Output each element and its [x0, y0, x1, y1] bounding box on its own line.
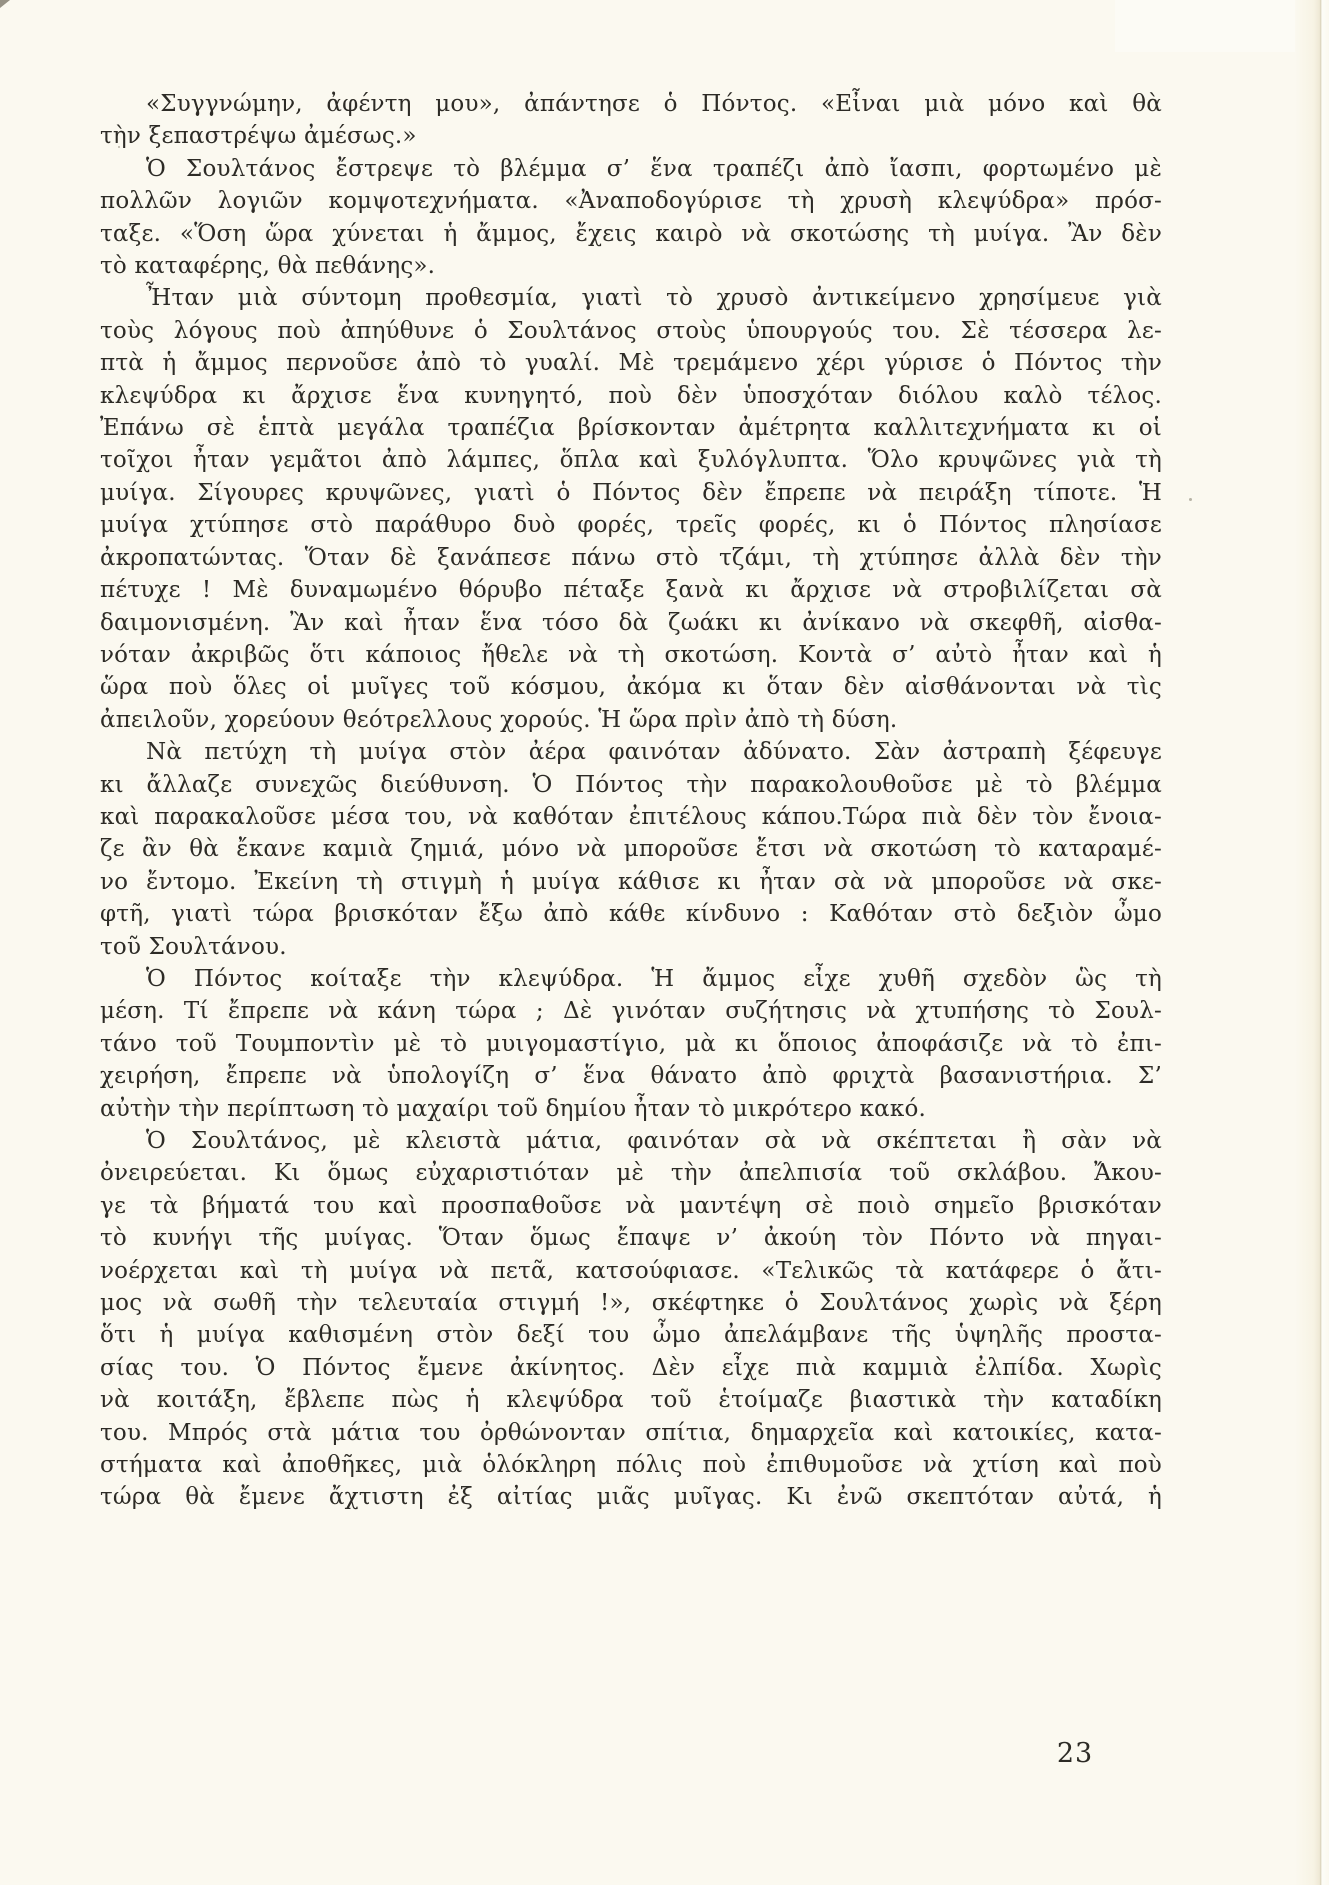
- text-line: πτὰ ἡ ἄμμος περνοῦσε ἀπὸ τὸ γυαλί. Μὲ τρ…: [100, 347, 1162, 379]
- text-line: Ἦταν μιὰ σύντομη προθεσμία, γιατὶ τὸ χρυ…: [100, 282, 1162, 314]
- text-line: τοὺς λόγους ποὺ ἀπηύθυνε ὁ Σουλτάνος στο…: [100, 315, 1162, 347]
- text-line: μέση. Τί ἔπρεπε νὰ κάνη τώρα ; Δὲ γινότα…: [100, 995, 1162, 1027]
- text-line: τὸ κυνήγι τῆς μυίγας. Ὅταν ὅμως ἔπαψε ν’…: [100, 1222, 1162, 1254]
- text-line: πέτυχε ! Μὲ δυναμωμένο θόρυβο πέταξε ξαν…: [100, 574, 1162, 606]
- text-line: τὸ καταφέρης, θὰ πεθάνης».: [100, 250, 1162, 282]
- text-line: κι ἄλλαζε συνεχῶς διεύθυνση. Ὁ Πόντος τὴ…: [100, 769, 1162, 801]
- text-line: Ἐπάνω σὲ ἑπτὰ μεγάλα τραπέζια βρίσκονταν…: [100, 412, 1162, 444]
- text-line: Ὁ Σουλτάνος, μὲ κλειστὰ μάτια, φαινόταν …: [100, 1125, 1162, 1157]
- text-line: του. Μπρός στὰ μάτια του ὀρθώνονταν σπίτ…: [100, 1417, 1162, 1449]
- text-line: τάνο τοῦ Τουμποντὶν μὲ τὸ μυιγομαστίγιο,…: [100, 1028, 1162, 1060]
- text-line: ἀπειλοῦν, χορεύουν θεότρελλους χορούς. Ἡ…: [100, 704, 1162, 736]
- scan-speck: [118, 146, 120, 148]
- scan-artifact-corner: [0, 0, 10, 8]
- text-line: τοῦ Σουλτάνου.: [100, 931, 1162, 963]
- text-line: Νὰ πετύχη τὴ μυίγα στὸν ἀέρα φαινόταν ἀδ…: [100, 736, 1162, 768]
- text-line: «Συγγνώμην, ἀφέντη μου», ἀπάντησε ὁ Πόντ…: [100, 88, 1162, 120]
- body-text: «Συγγνώμην, ἀφέντη μου», ἀπάντησε ὁ Πόντ…: [100, 88, 1162, 1514]
- text-line: ὀνειρεύεται. Κι ὅμως εὐχαριστιόταν μὲ τὴ…: [100, 1157, 1162, 1189]
- text-line: αὐτὴν τὴν περίπτωση τὸ μαχαίρι τοῦ δημίο…: [100, 1093, 1162, 1125]
- text-line: φτῆ, γιατὶ τώρα βρισκόταν ἔξω ἀπὸ κάθε κ…: [100, 898, 1162, 930]
- text-line: τὴν ξεπαστρέψω ἀμέσως.»: [100, 120, 1162, 152]
- text-line: μος νὰ σωθῆ τὴν τελευταία στιγμή !», σκέ…: [100, 1287, 1162, 1319]
- text-line: ὅτι ἡ μυίγα καθισμένη στὸν δεξί του ὦμο …: [100, 1319, 1162, 1351]
- book-page: «Συγγνώμην, ἀφέντη μου», ἀπάντησε ὁ Πόντ…: [0, 0, 1329, 1885]
- text-line: κλεψύδρα κι ἄρχισε ἕνα κυνηγητό, ποὺ δὲν…: [100, 380, 1162, 412]
- text-line: γε τὰ βήματά του καὶ προσπαθοῦσε νὰ μαντ…: [100, 1190, 1162, 1222]
- scan-artifact-top: [1115, 0, 1295, 52]
- text-line: τώρα θὰ ἔμενε ἄχτιστη ἐξ αἰτίας μιᾶς μυῖ…: [100, 1481, 1162, 1513]
- text-line: πολλῶν λογιῶν κομψοτεχνήματα. «Ἀναποδογύ…: [100, 185, 1162, 217]
- text-line: νὰ κοιτάξη, ἔβλεπε πὼς ἡ κλεψύδρα τοῦ ἑτ…: [100, 1384, 1162, 1416]
- text-line: Ὁ Πόντος κοίταξε τὴν κλεψύδρα. Ἡ ἄμμος ε…: [100, 963, 1162, 995]
- scan-speck: [1189, 498, 1192, 501]
- text-line: τοῖχοι ἦταν γεμᾶτοι ἀπὸ λάμπες, ὅπλα καὶ…: [100, 444, 1162, 476]
- text-line: Ὁ Σουλτάνος ἔστρεψε τὸ βλέμμα σ’ ἕνα τρα…: [100, 153, 1162, 185]
- text-line: ὥρα ποὺ ὅλες οἱ μυῖγες τοῦ κόσμου, ἀκόμα…: [100, 671, 1162, 703]
- text-line: στήματα καὶ ἀποθῆκες, μιὰ ὁλόκληρη πόλις…: [100, 1449, 1162, 1481]
- text-line: ζε ἂν θὰ ἔκανε καμιὰ ζημιά, μόνο νὰ μπορ…: [100, 833, 1162, 865]
- text-line: νοέρχεται καὶ τὴ μυίγα νὰ πετᾶ, κατσούφι…: [100, 1255, 1162, 1287]
- text-line: ταξε. «Ὅση ὥρα χύνεται ἡ ἄμμος, ἔχεις κα…: [100, 218, 1162, 250]
- text-line: μυίγα. Σίγουρες κρυψῶνες, γιατὶ ὁ Πόντος…: [100, 477, 1162, 509]
- text-line: νόταν ἀκριβῶς ὅτι κάποιος ἤθελε νὰ τὴ σκ…: [100, 639, 1162, 671]
- text-line: δαιμονισμένη. Ἂν καὶ ἦταν ἕνα τόσο δὰ ζω…: [100, 607, 1162, 639]
- text-line: ἀκροπατώντας. Ὅταν δὲ ξανάπεσε πάνω στὸ …: [100, 542, 1162, 574]
- text-line: νο ἔντομο. Ἐκείνη τὴ στιγμὴ ἡ μυίγα κάθι…: [100, 866, 1162, 898]
- text-line: μυίγα χτύπησε στὸ παράθυρο δυὸ φορές, τρ…: [100, 509, 1162, 541]
- text-line: σίας του. Ὁ Πόντος ἔμενε ἀκίνητος. Δὲν ε…: [100, 1352, 1162, 1384]
- text-line: καὶ παρακαλοῦσε μέσα του, νὰ καθόταν ἐπι…: [100, 801, 1162, 833]
- page-edge-shadow: [1295, 0, 1329, 1885]
- page-number: 23: [1040, 1738, 1110, 1769]
- text-line: χειρήση, ἔπρεπε νὰ ὑπολογίζη σ’ ἕνα θάνα…: [100, 1060, 1162, 1092]
